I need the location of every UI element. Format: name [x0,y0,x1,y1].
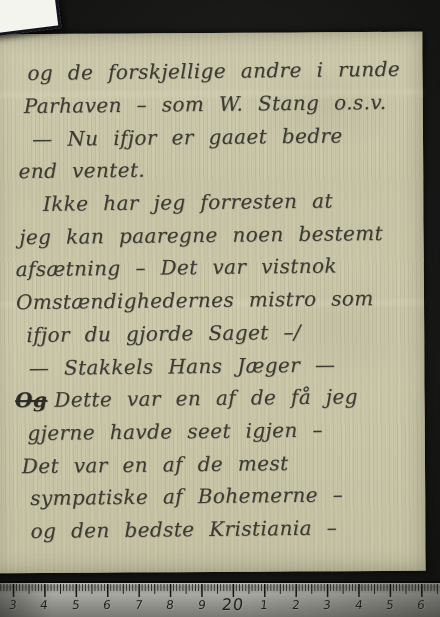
handwriting-line: sympatiske af Bohemerne – [30,478,420,515]
ruler-number: 1 [260,598,269,612]
handwriting-text: Dette var en af de få jeg [54,385,358,412]
ruler-cm-ticks [0,584,440,597]
handwriting-text: og den bedste Kristiania – [30,516,337,543]
handwriting-line: Det var en af de mest [22,445,420,482]
handwriting-text: — Nu ifjor er gaaet bedre [32,123,343,151]
ruler-number: 5 [71,598,80,612]
measurement-ruler: 3 4 5 6 7 8 9 20 1 2 3 4 5 6 [0,581,440,617]
handwriting-line: Omstændighedernes mistro som [16,281,418,318]
handwriting-text: Ikke har jeg forresten at [43,189,333,216]
handwriting-line: — Nu ifjor er gaaet bedre [32,118,416,155]
ruler-number: 3 [323,598,332,612]
handwriting-text: ifjor du gjorde Saget –/ [26,320,301,347]
ruler-number: 20 [221,595,245,614]
ruler-number: 4 [354,598,363,612]
letter-page: og de forskjellige andre i runde Parhave… [0,32,426,574]
handwriting-line: og de forskjellige andre i runde [27,53,415,90]
handwriting-line: gjerne havde seet igjen – [27,412,419,449]
ruler-number: 4 [40,598,49,612]
ruler-number: 2 [291,598,300,612]
photo-background: og de forskjellige andre i runde Parhave… [0,0,440,617]
handwriting-text: jeg kan paaregne noen bestemt [19,221,383,249]
struck-out-word: Og [15,388,47,412]
ruler-number: 3 [8,598,17,612]
handwriting-text: gjerne havde seet igjen – [27,418,323,445]
handwriting-lines: og de forskjellige andre i runde Parhave… [0,53,421,548]
handwriting-text: og de forskjellige andre i runde [27,57,400,85]
handwriting-text: Parhaven – som W. Stang o.s.v. [24,90,387,118]
handwriting-line: — Stakkels Hans Jæger — [29,347,419,384]
handwriting-line: ifjor du gjorde Saget –/ [26,314,418,351]
handwriting-line: og den bedste Kristiania – [30,510,420,547]
handwriting-text: Omstændighedernes mistro som [16,286,374,314]
handwriting-text: end ventet. [18,158,145,183]
handwriting-line: jeg kan paaregne noen bestemt [19,216,417,253]
handwriting-line: Og Dette var en af de få jeg [15,379,419,416]
handwriting-text: afsætning – Det var vistnok [15,254,337,282]
handwriting-line: Parhaven – som W. Stang o.s.v. [24,85,416,122]
handwriting-line: Ikke har jeg forresten at [43,183,417,220]
handwriting-line: afsætning – Det var vistnok [15,249,417,286]
ruler-number: 6 [103,598,112,612]
handwriting-text: sympatiske af Bohemerne – [30,483,343,511]
ruler-number: 8 [166,598,175,612]
ruler-number: 5 [385,598,394,612]
handwriting-line: end ventet. [18,151,416,188]
handwriting-text: Det var en af de mest [22,451,289,478]
ruler-number: 6 [417,598,426,612]
ruler-number: 7 [134,598,143,612]
ruler-number: 9 [197,598,206,612]
handwriting-text: — Stakkels Hans Jæger — [29,352,336,379]
